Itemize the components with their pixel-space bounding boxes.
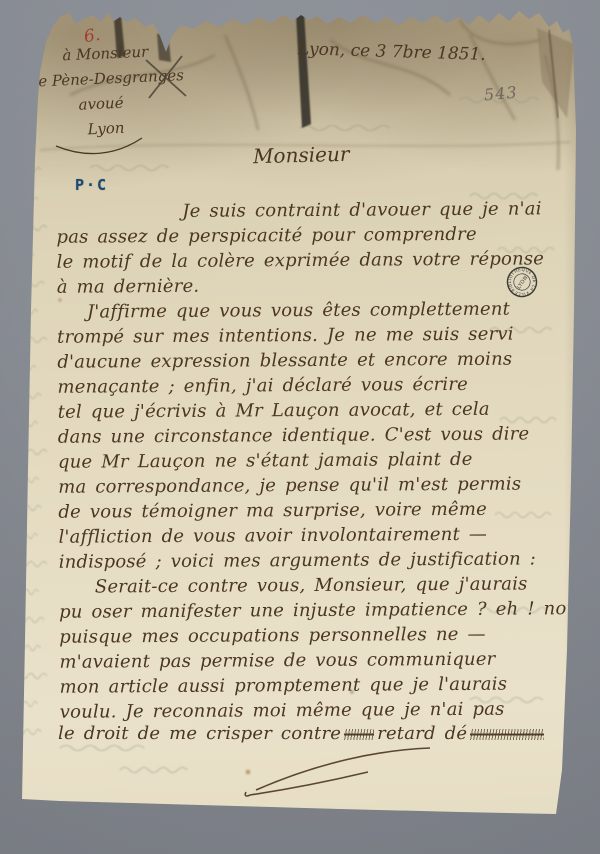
struck-word-scribble (470, 729, 544, 740)
closing-text-mid: retard dé (377, 723, 467, 744)
letter-line: ma correspondance, je pense qu'il m'est … (58, 471, 558, 499)
letter-closing-line: le droit de me crisper contreretard dé (58, 723, 547, 744)
letter-line: m'avaient pas permise de vous communique… (59, 646, 559, 674)
dateline: Lyon, ce 3 7bre 1851. (298, 39, 486, 65)
recipient-block: à Monsieur Emile Pène-Desgranges avoué L… (2, 38, 187, 146)
letter-line: trompé sur mes intentions. Je ne me suis… (57, 321, 557, 349)
signature-flourish (245, 748, 430, 796)
letter-line: voulu. Je reconnais moi même que je n'ai… (60, 696, 560, 724)
letter-line: pas assez de perspicacité pour comprendr… (56, 221, 556, 249)
letter-line: tel que j'écrivis à Mr Lauçon avocat, et… (58, 396, 558, 424)
letter-line: mon article aussi promptement que je l'a… (59, 671, 559, 699)
letter-line: menaçante ; enfin, j'ai déclaré vous écr… (57, 371, 557, 399)
letter-line: le motif de la colère exprimée dans votr… (57, 246, 557, 274)
recipient-line: Lyon (5, 113, 186, 146)
letter-line: dans une circonstance identique. C'est v… (58, 421, 558, 449)
collection-stamp-mark: P·C (75, 176, 108, 194)
struck-word-scribble (344, 729, 374, 740)
folio-number: 543 (483, 83, 518, 105)
letter-line: Serait-ce contre vous, Monsieur, que j'a… (59, 571, 559, 599)
letter-line: puisque mes occupations personnelles ne … (59, 621, 559, 649)
letter-line: d'aucune expression blessante et encore … (57, 346, 557, 374)
letter-page: 6. à Monsieur Emile Pène-Desgranges avou… (0, 0, 600, 854)
photo-backdrop: 6. à Monsieur Emile Pène-Desgranges avou… (0, 0, 600, 854)
letter-line: l'affliction de vous avoir involontairem… (58, 521, 558, 549)
letter-line: Je suis contraint d'avouer que je n'ai (56, 196, 556, 224)
letter-line: de vous témoigner ma surprise, voire mêm… (58, 496, 558, 524)
salutation: Monsieur (253, 142, 350, 169)
closing-text-pre: le droit de me crisper contre (58, 723, 341, 744)
letter-line: pu oser manifester une injuste impatienc… (59, 596, 559, 624)
letter-line: que Mr Lauçon ne s'étant jamais plaint d… (58, 446, 558, 474)
letter-body: Je suis contraint d'avouer que je n'aipa… (56, 196, 560, 724)
letter-line: à ma dernière. (57, 271, 557, 299)
letter-line: indisposé ; voici mes arguments de justi… (59, 546, 559, 574)
letter-line: J'affirme que vous vous êtes completteme… (57, 296, 557, 324)
